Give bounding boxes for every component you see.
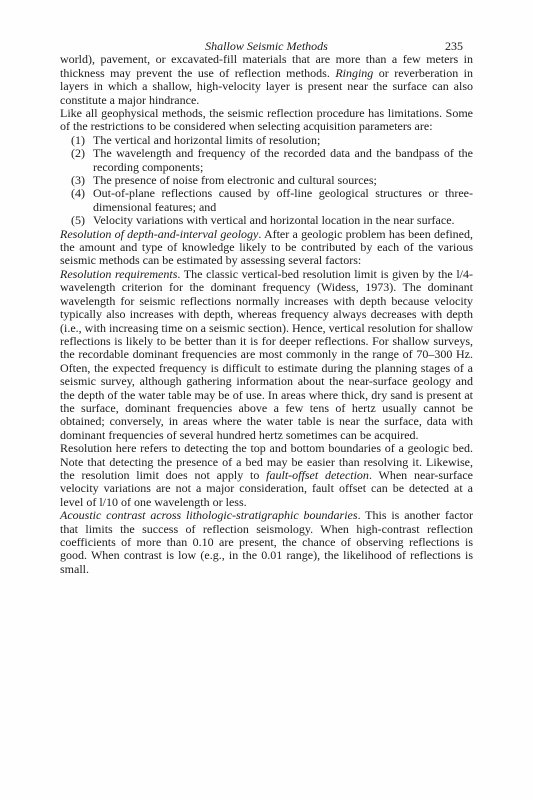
list-item: (4) Out-of-plane reflections caused by o…	[60, 187, 473, 214]
list-item: (1) The vertical and horizontal limits o…	[60, 134, 473, 147]
paragraph-acoustic-contrast: Acoustic contrast across lithologic-stra…	[60, 509, 473, 576]
paragraph-resolution-geology: Resolution of depth-and-interval geology…	[60, 228, 473, 268]
paragraph-lead-italic: Acoustic contrast across lithologic-stra…	[60, 508, 358, 522]
item-text: The vertical and horizontal limits of re…	[93, 134, 473, 147]
paragraph-resolution-requirements: Resolution requirements. The classic ver…	[60, 268, 473, 442]
item-text: Velocity variations with vertical and ho…	[93, 214, 473, 227]
item-text: The presence of noise from electronic an…	[93, 174, 473, 187]
item-number: (4)	[71, 187, 93, 214]
item-number: (5)	[71, 214, 93, 227]
item-text: The wavelength and frequency of the reco…	[93, 147, 473, 174]
list-item: (3) The presence of noise from electroni…	[60, 174, 473, 187]
italic-term-ringing: Ringing	[335, 66, 373, 80]
paragraph-lead-italic: Resolution of depth-and-interval geology	[60, 227, 258, 241]
running-title: Shallow Seismic Methods	[205, 39, 328, 53]
paragraph-lead-italic: Resolution requirements	[60, 267, 177, 281]
document-page: Shallow Seismic Methods 235 world), pave…	[0, 0, 533, 800]
item-number: (2)	[71, 147, 93, 174]
paragraph-limitations: Like all geophysical methods, the seismi…	[60, 107, 473, 134]
paragraph-intro: world), pavement, or excavated-fill mate…	[60, 53, 473, 107]
item-number: (3)	[71, 174, 93, 187]
list-item: (2) The wavelength and frequency of the …	[60, 147, 473, 174]
paragraph-resolution-detection: Resolution here refers to detecting the …	[60, 442, 473, 509]
restrictions-list: (1) The vertical and horizontal limits o…	[60, 134, 473, 228]
page-header: Shallow Seismic Methods 235	[60, 40, 473, 53]
item-text: Out-of-plane reflections caused by off-l…	[93, 187, 473, 214]
item-number: (1)	[71, 134, 93, 147]
page-number: 235	[445, 40, 463, 53]
page-content: Shallow Seismic Methods 235 world), pave…	[60, 40, 473, 576]
paragraph-text: . The classic vertical-bed resolution li…	[60, 267, 473, 442]
italic-term-fault-offset-detection: fault-offset detection	[266, 468, 369, 482]
list-item: (5) Velocity variations with vertical an…	[60, 214, 473, 227]
